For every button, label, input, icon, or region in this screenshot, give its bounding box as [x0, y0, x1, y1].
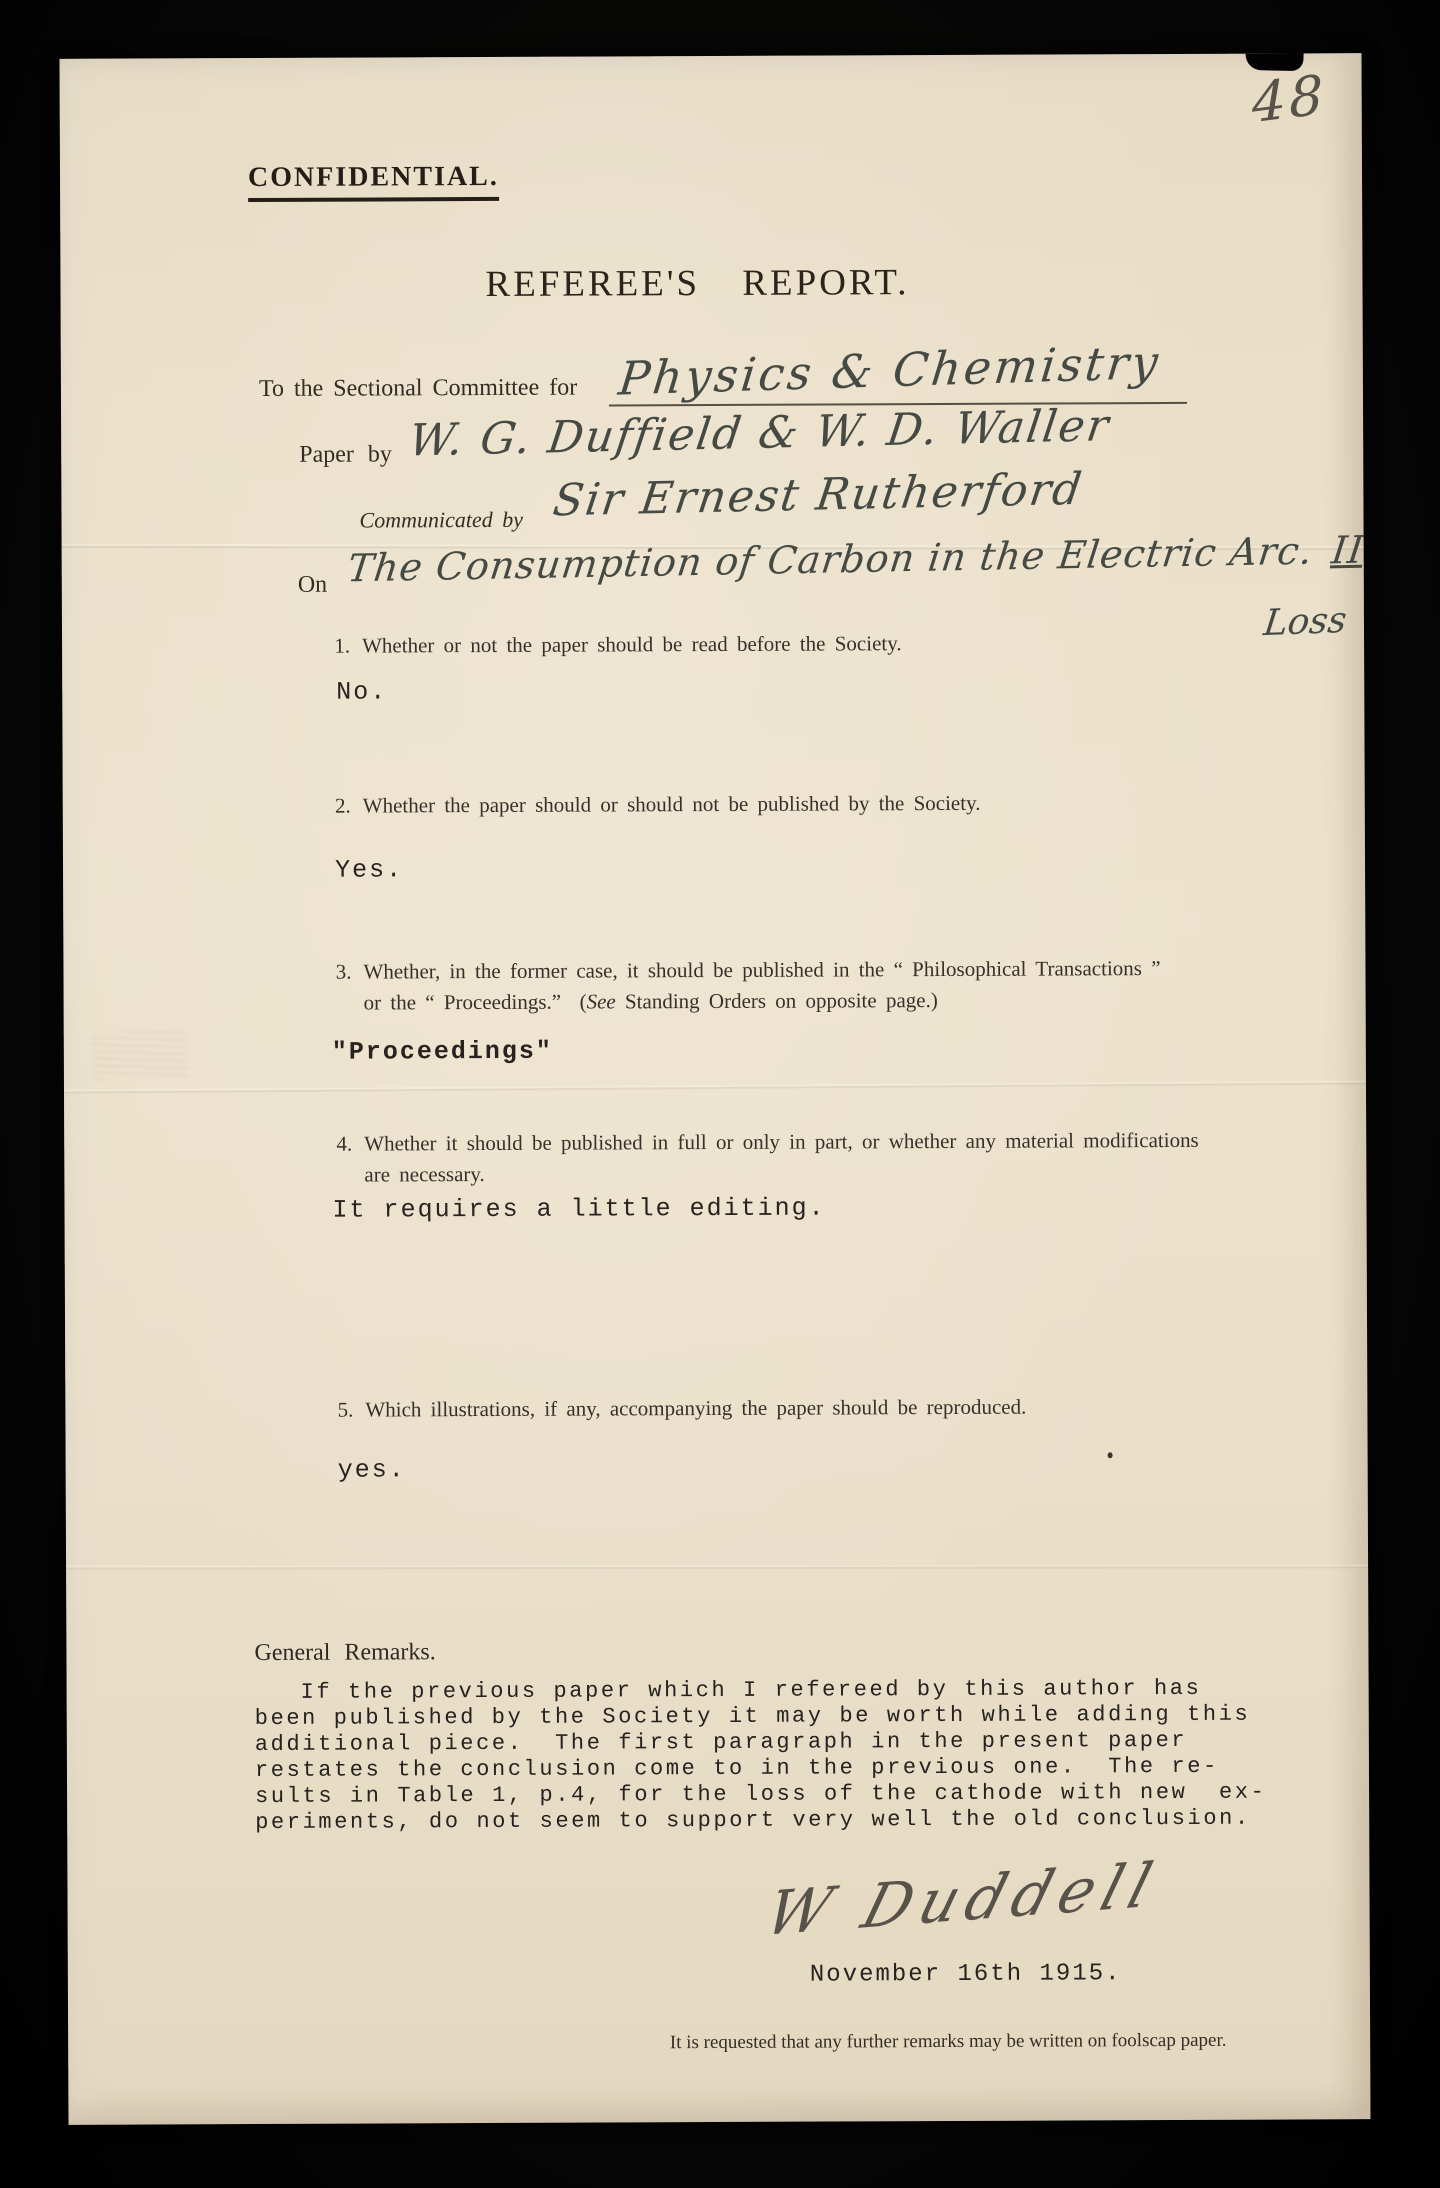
question-1: 1. Whether or not the paper should be re… [324, 629, 1294, 658]
question-3-see-italic: See [587, 989, 616, 1013]
question-1-text: Whether or not the paper should be read … [362, 631, 902, 658]
question-5-number: 5. [327, 1398, 353, 1423]
question-4: 4. Whether it should be published in ful… [326, 1127, 1296, 1187]
fold-crease [59, 1080, 1370, 1093]
committee-field-value: Physics & Chemistry [616, 335, 1164, 406]
communicated-by-field-value: Sir Ernest Rutherford [550, 464, 1086, 527]
question-1-answer: No. [336, 677, 387, 706]
page-title: REFEREE'S REPORT. [59, 259, 1348, 308]
question-5: 5. Which illustrations, if any, accompan… [327, 1393, 1297, 1422]
general-remarks-heading: General Remarks. [254, 1639, 435, 1667]
question-3-answer: "Proceedings" [332, 1037, 553, 1067]
confidential-label: CONFIDENTIAL. [248, 161, 499, 202]
question-4-text-line-2: are necessary. [364, 1158, 1296, 1187]
question-3-number: 3. [325, 960, 351, 985]
fold-crease [59, 1564, 1370, 1569]
question-4-number: 4. [326, 1132, 352, 1157]
question-4-answer: It requires a little editing. [332, 1194, 825, 1225]
referee-signature: W Duddell [758, 1850, 1167, 1951]
subject-part-numeral: II [1323, 528, 1370, 573]
question-2-answer: Yes. [335, 855, 403, 884]
question-2-text: Whether the paper should or should not b… [363, 791, 981, 819]
ink-show-through-smudge [91, 1029, 189, 1081]
paper-by-field-label: Paper by [299, 441, 392, 468]
question-3-text-line-1: Whether, in the former case, it should b… [363, 956, 1160, 984]
question-3-line-2-post: Standing Orders on opposite page.) [616, 988, 938, 1013]
question-4-text-line-1: Whether it should be published in full o… [364, 1128, 1199, 1157]
archival-page-number: 48 [1251, 63, 1327, 136]
communicated-by-field-label: Communicated by [359, 507, 523, 534]
question-5-text: Which illustrations, if any, accompanyin… [365, 1395, 1026, 1423]
question-3-text-line-2: or the “ Proceedings.” (See Standing Ord… [364, 986, 1296, 1015]
question-2: 2. Whether the paper should or should no… [325, 789, 1295, 818]
remarks-line: periments, do not seem to support very w… [255, 1805, 1335, 1836]
question-3: 3. Whether, in the former case, it shoul… [325, 955, 1295, 1015]
question-5-answer: yes. [338, 1455, 406, 1484]
question-1-number: 1. [324, 634, 350, 659]
paper-by-field-value: W. G. Duffield & W. D. Waller [406, 400, 1114, 466]
subject-title-text: The Consumption of Carbon in the Electri… [345, 529, 1315, 591]
question-3-line-2-pre: or the “ Proceedings.” ( [364, 990, 587, 1015]
foolscap-footer-note: It is requested that any further remarks… [628, 2030, 1268, 2055]
subject-field-label: On [298, 572, 327, 599]
committee-field-label: To the Sectional Committee for [259, 375, 577, 403]
subject-field-value: The Consumption of Carbon in the Electri… [345, 523, 1370, 590]
question-2-number: 2. [325, 794, 351, 819]
scanned-document-background: { "page_number": "48", "header": { "conf… [0, 0, 1440, 2188]
general-remarks-paragraph: If the previous paper which I refereed b… [255, 1675, 1336, 1836]
report-date: November 16th 1915. [810, 1960, 1122, 1988]
ink-speck [1108, 1452, 1113, 1458]
referee-report-page: 48 CONFIDENTIAL. REFEREE'S REPORT. To th… [59, 53, 1370, 2125]
